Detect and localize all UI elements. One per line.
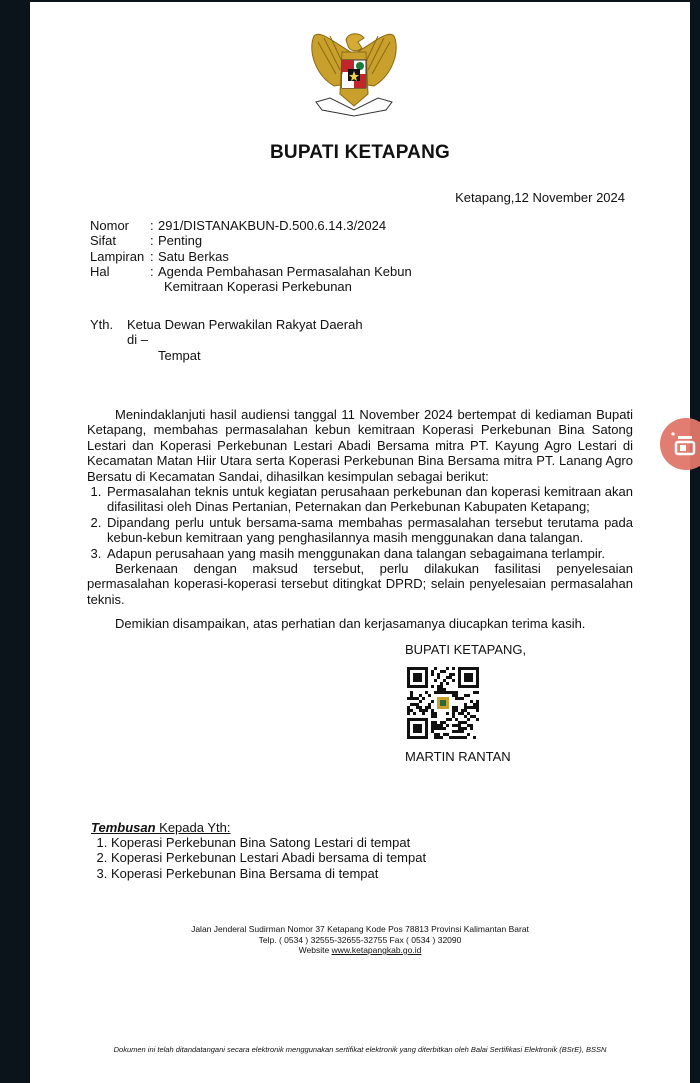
- garuda-emblem-icon: [306, 24, 402, 122]
- cc-list: Koperasi Perkebunan Bina Satong Lestari …: [91, 835, 426, 881]
- meta-row-lampiran: Lampiran: Satu Berkas: [90, 249, 412, 264]
- cc-item: Koperasi Perkebunan Bina Satong Lestari …: [111, 835, 426, 850]
- cc-item: Koperasi Perkebunan Bina Bersama di temp…: [111, 866, 426, 881]
- meta-hal-value: Agenda Pembahasan Permasalahan Kebun Kem…: [158, 264, 412, 295]
- meta-row-nomor: Nomor: 291/DISTANAKBUN-D.500.6.14.3/2024: [90, 218, 412, 233]
- screenshot-tool-icon: [660, 418, 700, 470]
- conclusion-item: Adapun perusahaan yang masih menggunakan…: [105, 546, 633, 561]
- letter-body: Menindaklanjuti hasil audiensi tanggal 1…: [87, 407, 633, 632]
- body-closing: Demikian disampaikan, atas perhatian dan…: [87, 616, 633, 631]
- screenshot-tool-button[interactable]: [660, 418, 700, 470]
- document-page: BUPATI KETAPANG Ketapang,12 November 202…: [30, 2, 690, 1083]
- footer-phone: Telp. ( 0534 ) 32555-32655-32755 Fax ( 0…: [30, 935, 690, 946]
- cc-block: Tembusan Kepada Yth: Koperasi Perkebunan…: [91, 820, 426, 881]
- body-followup: Berkenaan dengan maksud tersebut, perlu …: [87, 561, 633, 607]
- meta-row-hal: Hal: Agenda Pembahasan Permasalahan Kebu…: [90, 264, 412, 295]
- body-intro: Menindaklanjuti hasil audiensi tanggal 1…: [87, 407, 633, 484]
- letter-meta: Nomor: 291/DISTANAKBUN-D.500.6.14.3/2024…: [90, 218, 412, 294]
- recipient-block: Yth.Ketua Dewan Perwakilan Rakyat Daerah…: [90, 317, 363, 363]
- letterhead-title: BUPATI KETAPANG: [30, 142, 690, 164]
- signatory-name: MARTIN RANTAN: [405, 749, 526, 764]
- conclusion-item: Permasalahan teknis untuk kegiatan perus…: [105, 484, 633, 515]
- recipient-place: Tempat: [90, 348, 363, 363]
- cc-label: Tembusan Kepada Yth:: [91, 820, 426, 835]
- cc-item: Koperasi Perkebunan Lestari Abadi bersam…: [111, 850, 426, 865]
- letter-footer: Jalan Jenderal Sudirman Nomor 37 Ketapan…: [30, 924, 690, 956]
- recipient-name: Ketua Dewan Perwakilan Rakyat Daerah: [127, 317, 363, 332]
- footer-address: Jalan Jenderal Sudirman Nomor 37 Ketapan…: [30, 924, 690, 935]
- letter-date: Ketapang,12 November 2024: [455, 190, 625, 205]
- esign-note: Dokumen ini telah ditandatangani secara …: [30, 1045, 690, 1054]
- qr-code-icon: [407, 667, 479, 739]
- signature-block: BUPATI KETAPANG, MARTIN RANTAN: [405, 642, 526, 764]
- signature-title: BUPATI KETAPANG,: [405, 642, 526, 657]
- recipient-di: di –: [90, 332, 363, 347]
- meta-row-sifat: Sifat: Penting: [90, 233, 412, 248]
- recipient-prefix: Yth.: [90, 317, 127, 332]
- meta-lampiran-value: Satu Berkas: [158, 249, 412, 264]
- conclusion-list: Permasalahan teknis untuk kegiatan perus…: [87, 484, 633, 561]
- meta-nomor-value: 291/DISTANAKBUN-D.500.6.14.3/2024: [158, 218, 412, 233]
- conclusion-item: Dipandang perlu untuk bersama-sama memba…: [105, 515, 633, 546]
- website-link[interactable]: www.ketapangkab.go.id: [332, 945, 422, 955]
- meta-sifat-value: Penting: [158, 233, 412, 248]
